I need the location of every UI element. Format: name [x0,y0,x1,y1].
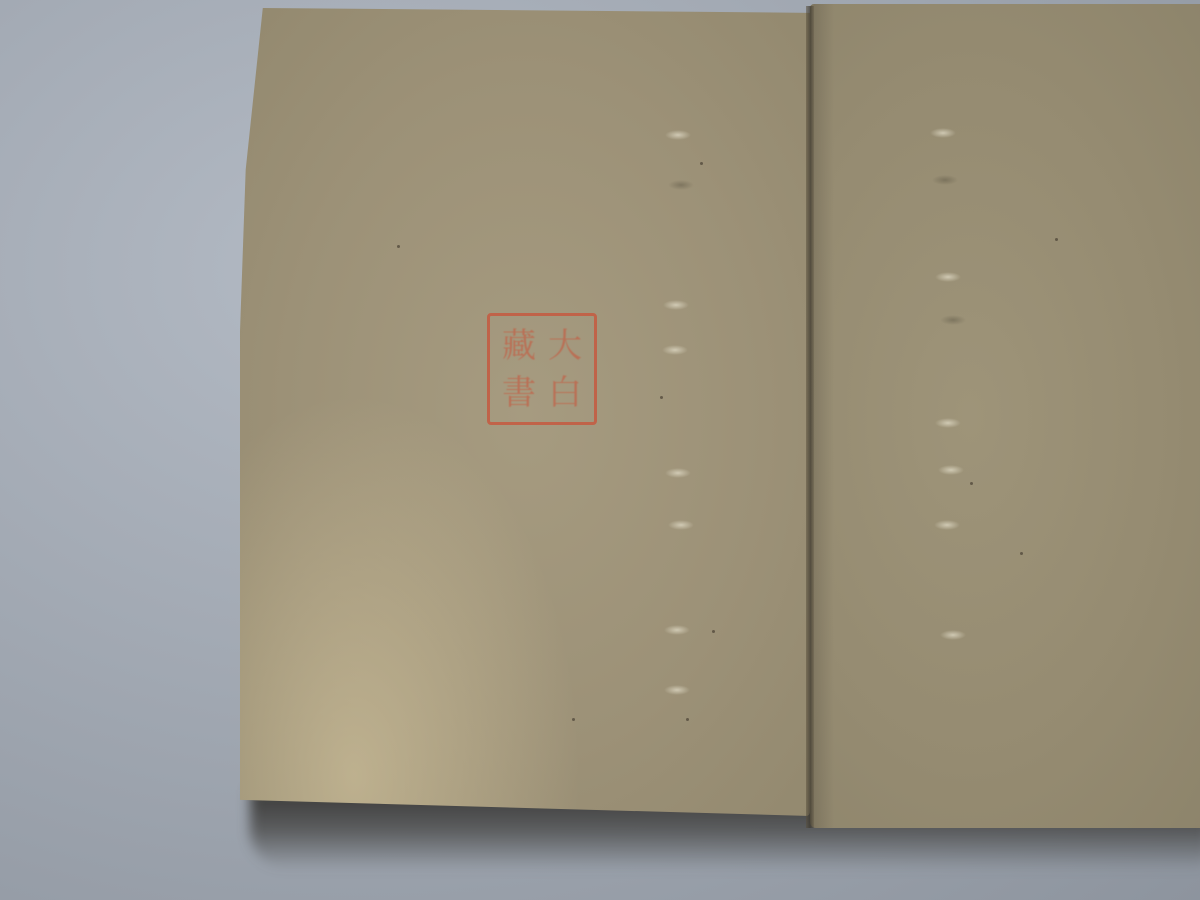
binding-impression [664,625,690,635]
photo-scene: 藏 大 書 白 [0,0,1200,900]
binding-impression [665,130,691,140]
paper-speck [686,718,689,721]
paper-speck [572,718,575,721]
binding-impression [665,468,691,478]
seal-character: 大 [542,322,588,369]
paper-speck [1020,552,1023,555]
binding-impression [668,180,694,190]
binding-impression [668,520,694,530]
seal-character: 書 [496,369,542,416]
binding-impression [664,685,690,695]
seal-character: 白 [542,369,588,416]
red-seal-stamp: 藏 大 書 白 [487,313,597,425]
binding-impression [663,300,689,310]
seal-character: 藏 [496,322,542,369]
paper-speck [970,482,973,485]
paper-speck [700,162,703,165]
right-page [810,4,1200,828]
binding-impression [940,630,966,640]
binding-impression [940,315,966,325]
binding-impression [935,272,961,282]
paper-speck [1055,238,1058,241]
binding-impression [935,418,961,428]
binding-impression [938,465,964,475]
paper-speck [660,396,663,399]
binding-impression [930,128,956,138]
book-gutter [806,6,814,828]
binding-impression [662,345,688,355]
binding-impression [932,175,958,185]
binding-impression [934,520,960,530]
paper-speck [397,245,400,248]
paper-speck [712,630,715,633]
